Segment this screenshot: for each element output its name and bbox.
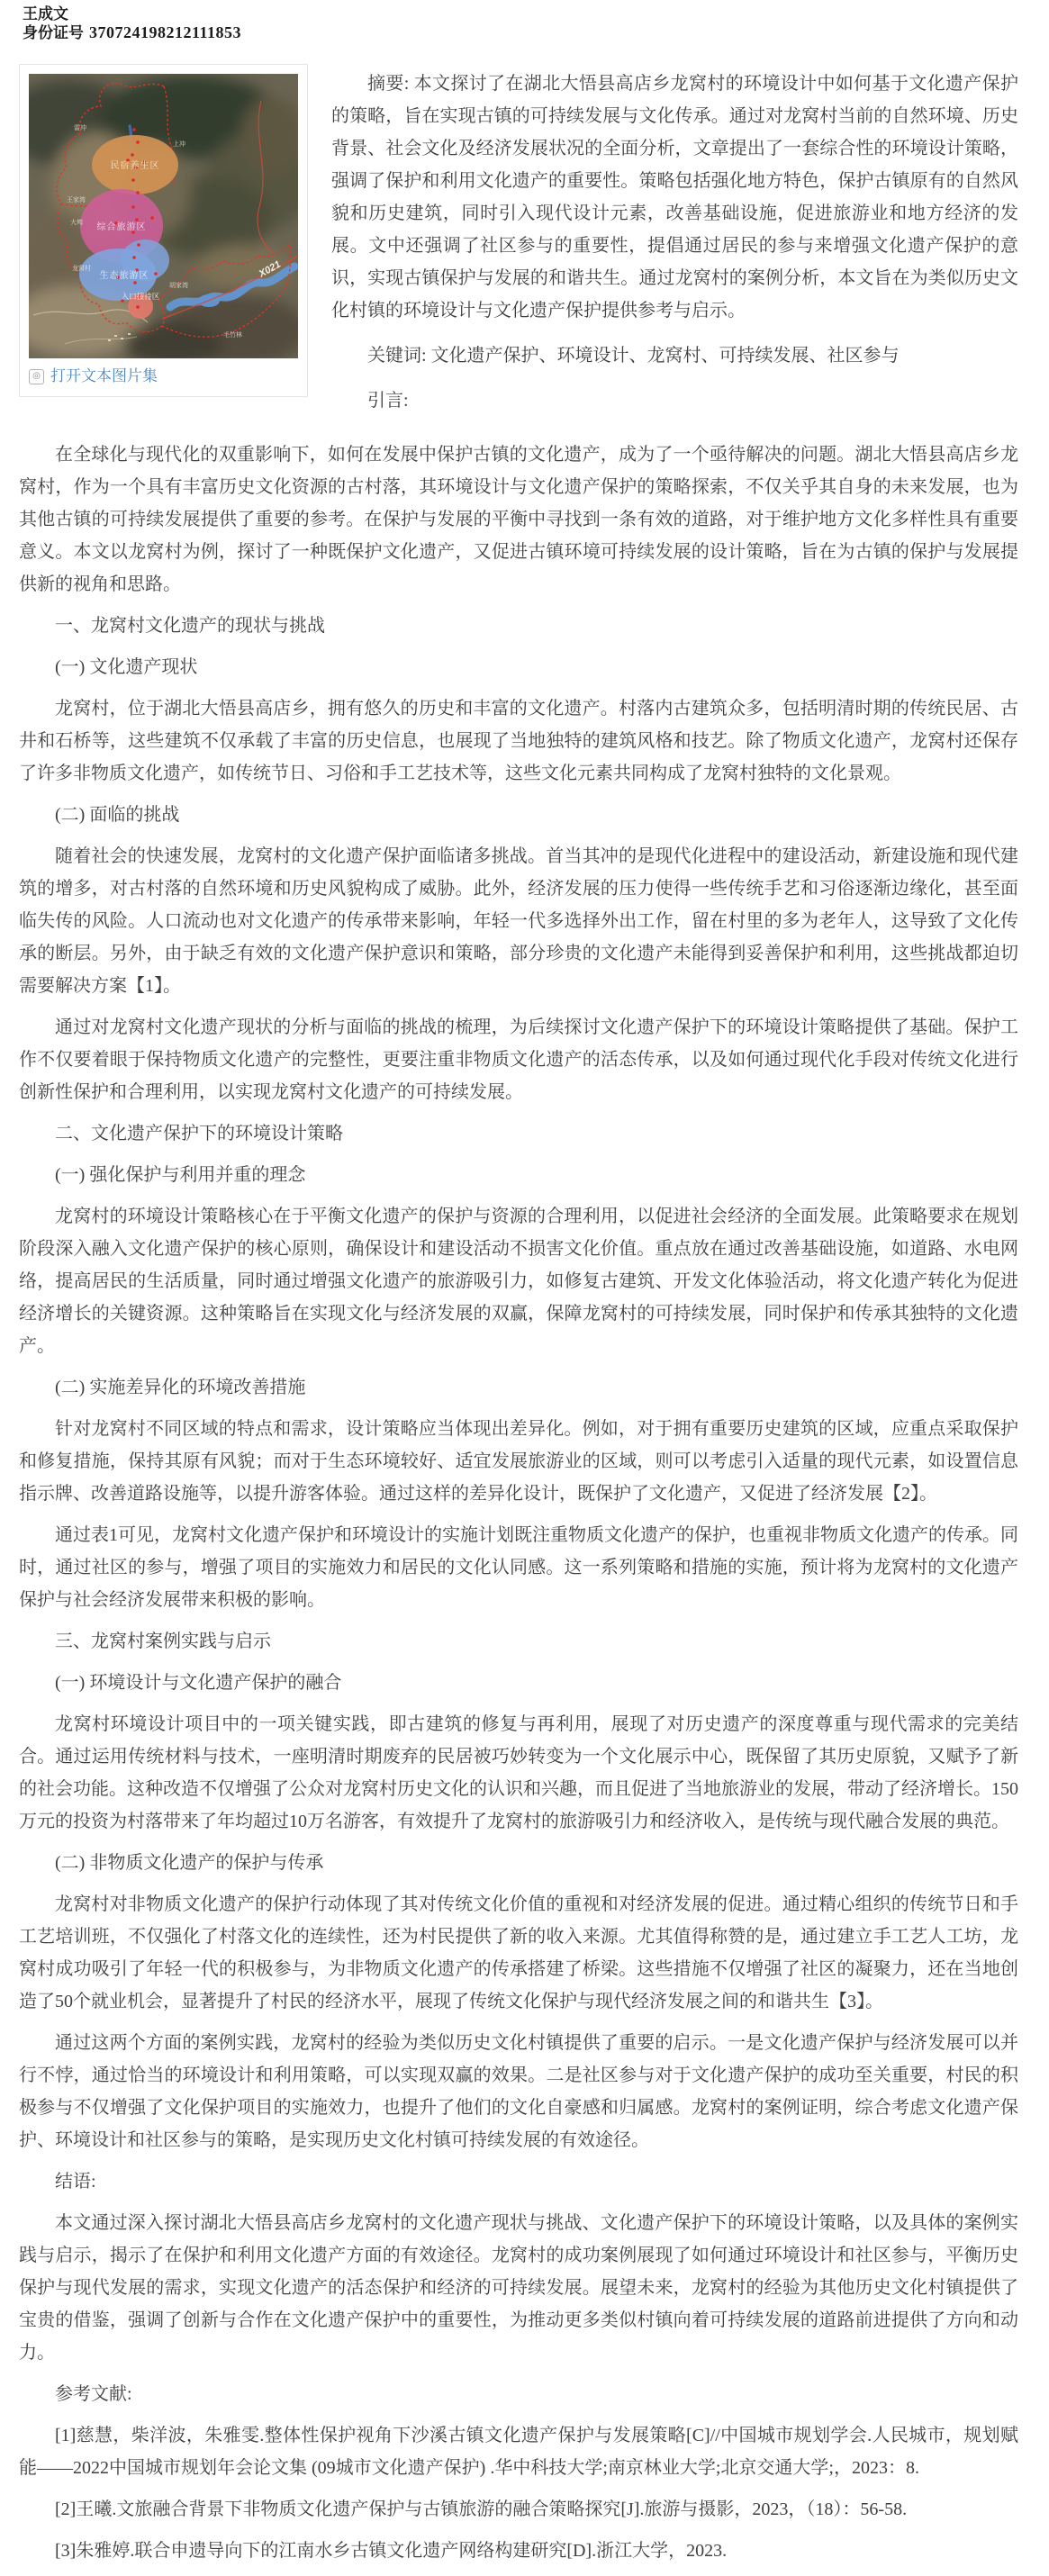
section-heading: (二) 面临的挑战	[19, 799, 1018, 831]
section-heading: 二、文化遗产保护下的环境设计策略	[19, 1117, 1018, 1150]
keywords-line: 关键词: 文化遗产保护、环境设计、龙窝村、可持续发展、社区参与	[331, 339, 1018, 372]
id-label: 身份证号	[23, 23, 84, 42]
body-paragraph: 龙窝村环境设计项目中的一项关键实践，即古建筑的修复与再利用，展现了对历史遗产的深…	[19, 1708, 1018, 1838]
body-paragraph: 龙窝村对非物质文化遗产的保护行动体现了其对传统文化价值的重视和对经济发展的促进。…	[19, 1888, 1018, 2018]
figure-and-abstract-row: 民宿养生区 综合旅游区 生态旅游区 入口接待区 雷冲 上冲 王家湾 大塆 龙窝村…	[19, 64, 1018, 429]
id-number: 370724198212111853	[89, 23, 241, 42]
body-paragraph: 针对龙窝村不同区域的特点和需求，设计策略应当体现出差异化。例如，对于拥有重要历史…	[19, 1413, 1018, 1510]
author-name: 王成文	[23, 5, 1018, 23]
open-gallery-label: 打开文本图片集	[50, 366, 158, 387]
section-heading: (一) 文化遗产现状	[19, 651, 1018, 683]
zone-entrance-label: 入口接待区	[122, 292, 160, 301]
body-paragraph: 通过对龙窝村文化遗产现状的分析与面临的挑战的梳理，为后续探讨文化遗产保护下的环境…	[19, 1011, 1018, 1108]
body-paragraph: 本文通过深入探讨湖北大悟县高店乡龙窝村的文化遗产现状与挑战、文化遗产保护下的环境…	[19, 2207, 1018, 2369]
body-paragraph: 通过这两个方面的案例实践，龙窝村的经验为类似历史文化村镇提供了重要的启示。一是文…	[19, 2027, 1018, 2156]
section-heading: 结语:	[19, 2165, 1018, 2198]
svg-text:胡家湾: 胡家湾	[169, 281, 188, 289]
zone-homestay-label: 民宿养生区	[111, 159, 160, 171]
abstract-paragraph: 摘要: 本文探讨了在湖北大悟县高店乡龙窝村的环境设计中如何基于文化遗产保护的策略…	[331, 68, 1018, 327]
abstract-column: 摘要: 本文探讨了在湖北大悟县高店乡龙窝村的环境设计中如何基于文化遗产保护的策略…	[331, 64, 1018, 429]
gallery-icon: ◎	[29, 369, 44, 384]
zone-tourism-label: 综合旅游区	[97, 221, 147, 232]
body-paragraph: [2]王曦.文旅融合背景下非物质文化遗产保护与古镇旅游的融合策略探究[J].旅游…	[19, 2493, 1018, 2526]
introduction-heading: 引言:	[331, 384, 1018, 417]
zone-eco-label: 生态旅游区	[100, 269, 149, 281]
body-paragraph: 龙窝村，位于湖北大悟县高店乡，拥有悠久的历史和丰富的文化遗产。村落内古建筑众多，…	[19, 692, 1018, 790]
svg-text:上冲: 上冲	[173, 140, 185, 148]
svg-text:毛竹林: 毛竹林	[223, 330, 242, 339]
village-planning-map-image[interactable]: 民宿养生区 综合旅游区 生态旅游区 入口接待区 雷冲 上冲 王家湾 大塆 龙窝村…	[29, 74, 298, 358]
section-heading: 参考文献:	[19, 2378, 1018, 2410]
body-paragraph: 在全球化与现代化的双重影响下，如何在发展中保护古镇的文化遗产，成为了一个亟待解决…	[19, 438, 1018, 601]
body-paragraph: [1]慈慧，柴洋波，朱雅雯.整体性保护视角下沙溪古镇文化遗产保护与发展策略[C]…	[19, 2419, 1018, 2484]
section-heading: (一) 强化保护与利用并重的理念	[19, 1159, 1018, 1191]
body-paragraph: 通过表1可见，龙窝村文化遗产保护和环境设计的实施计划既注重物质文化遗产的保护，也…	[19, 1519, 1018, 1616]
section-heading: (二) 非物质文化遗产的保护与传承	[19, 1847, 1018, 1879]
section-heading: 一、龙窝村文化遗产的现状与挑战	[19, 610, 1018, 642]
body-paragraph: 随着社会的快速发展，龙窝村的文化遗产保护面临诸多挑战。首当其冲的是现代化进程中的…	[19, 840, 1018, 1002]
svg-text:雷冲: 雷冲	[74, 123, 86, 131]
open-gallery-link[interactable]: ◎ 打开文本图片集	[29, 366, 298, 387]
svg-text:龙窝村: 龙窝村	[72, 264, 91, 272]
article-body: 在全球化与现代化的双重影响下，如何在发展中保护古镇的文化遗产，成为了一个亟待解决…	[19, 438, 1018, 2567]
document-page: 王成文 身份证号 370724198212111853	[0, 0, 1049, 2567]
section-heading: 三、龙窝村案例实践与启示	[19, 1625, 1018, 1658]
document-header: 王成文 身份证号 370724198212111853	[19, 5, 1018, 42]
svg-text:大塆: 大塆	[70, 218, 84, 226]
svg-text:王家湾: 王家湾	[67, 195, 86, 203]
body-paragraph: [3]朱雅婷.联合申遗导向下的江南水乡古镇文化遗产网络构建研究[D].浙江大学，…	[19, 2535, 1018, 2567]
figure-box: 民宿养生区 综合旅游区 生态旅游区 入口接待区 雷冲 上冲 王家湾 大塆 龙窝村…	[19, 64, 308, 397]
body-paragraph: 龙窝村的环境设计策略核心在于平衡文化遗产的保护与资源的合理利用，以促进社会经济的…	[19, 1200, 1018, 1362]
section-heading: (一) 环境设计与文化遗产保护的融合	[19, 1667, 1018, 1699]
section-heading: (二) 实施差异化的环境改善措施	[19, 1371, 1018, 1404]
